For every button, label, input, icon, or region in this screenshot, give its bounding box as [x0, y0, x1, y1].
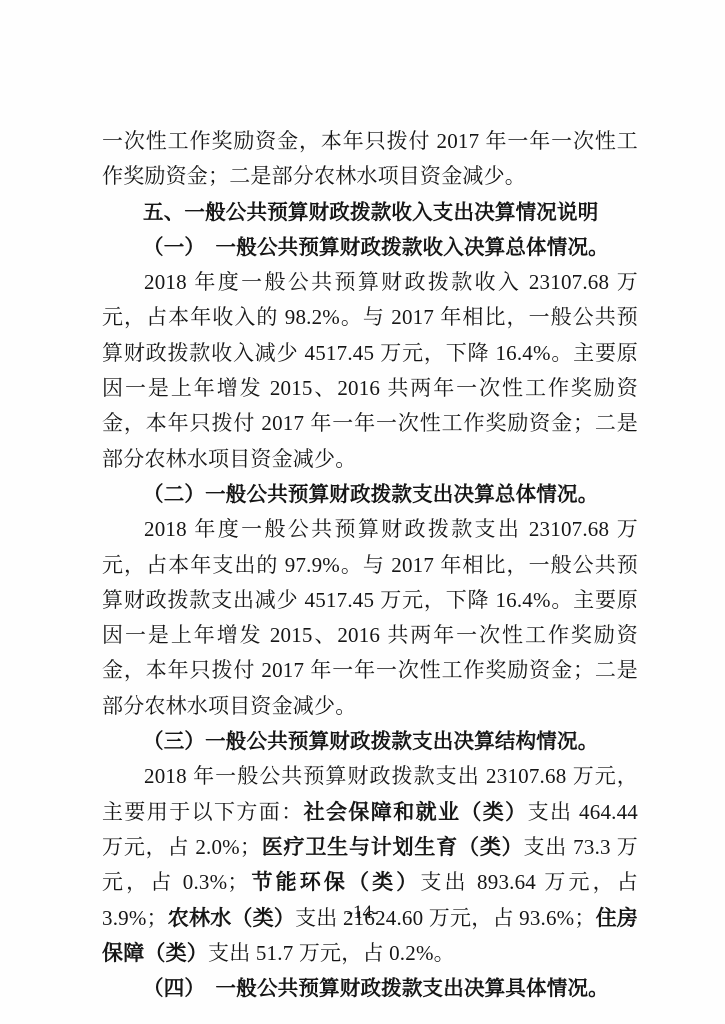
paragraph-expenditure-overview: 2018 年度一般公共预算财政拨款支出 23107.68 万元，占本年支出的 9…: [102, 512, 638, 724]
segment-category-energy-environment: 节能环保（类）: [249, 871, 421, 894]
subsection-2-heading: （二）一般公共预算财政拨款支出决算总体情况。: [102, 477, 638, 512]
section-5-heading: 五、一般公共预算财政拨款收入支出决算情况说明: [102, 195, 638, 230]
paragraph-expenditure-structure: 2018 年一般公共预算财政拨款支出 23107.68 万元，主要用于以下方面：…: [102, 759, 638, 971]
subsection-1-heading: （一） 一般公共预算财政拨款收入决算总体情况。: [102, 230, 638, 265]
segment-category-health-family-planning: 医疗卫生与计划生育（类）: [261, 836, 523, 859]
document-body: 一次性工作奖励资金，本年只拨付 2017 年一年一次性工作奖励资金；二是部分农林…: [102, 124, 638, 1006]
paragraph-intro-continuation: 一次性工作奖励资金，本年只拨付 2017 年一年一次性工作奖励资金；二是部分农林…: [102, 124, 638, 195]
document-page: 一次性工作奖励资金，本年只拨付 2017 年一年一次性工作奖励资金；二是部分农林…: [0, 0, 725, 1024]
subsection-3-heading: （三）一般公共预算财政拨款支出决算结构情况。: [102, 724, 638, 759]
paragraph-income-overview: 2018 年度一般公共预算财政拨款收入 23107.68 万元，占本年收入的 9…: [102, 265, 638, 477]
segment-category-social-security: 社会保障和就业（类）: [304, 801, 528, 824]
page-number: -14-: [0, 902, 725, 924]
segment-housing-amount: 支出 51.7 万元，占 0.2%。: [208, 941, 455, 965]
subsection-4-heading: （四） 一般公共预算财政拨款支出决算具体情况。: [102, 971, 638, 1006]
